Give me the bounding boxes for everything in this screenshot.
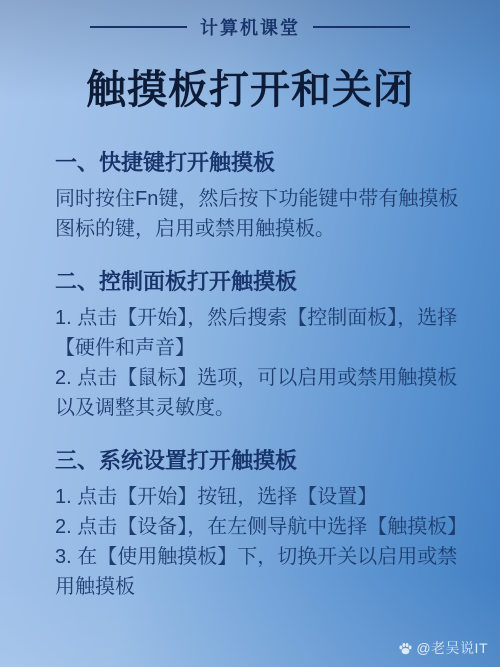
section-3-item-3: 3. 在【使用触摸板】下，切换开关以启用或禁用触摸板 — [55, 542, 464, 602]
section-3-item-1: 1. 点击【开始】按钮，选择【设置】 — [55, 482, 464, 512]
section-1-item-1: 同时按住Fn键，然后按下功能键中带有触摸板图标的键，启用或禁用触摸板。 — [55, 184, 464, 244]
section-3-heading: 三、系统设置打开触摸板 — [55, 446, 464, 476]
page-title: 触摸板打开和关闭 — [0, 65, 500, 115]
section-2-item-2: 2. 点击【鼠标】选项，可以启用或禁用触摸板以及调整其灵敏度。 — [55, 363, 464, 423]
watermark: @老吴说IT — [398, 638, 488, 658]
section-3-item-2: 2. 点击【设备】，在左侧导航中选择【触摸板】 — [55, 512, 464, 542]
section-control-panel: 二、控制面板打开触摸板 1. 点击【开始】，然后搜索【控制面板】，选择【硬件和声… — [55, 267, 464, 423]
section-2-heading: 二、控制面板打开触摸板 — [55, 267, 464, 297]
poster-background: 计算机课堂 触摸板打开和关闭 一、快捷键打开触摸板 同时按住Fn键，然后按下功能… — [0, 0, 500, 667]
content-column: 一、快捷键打开触摸板 同时按住Fn键，然后按下功能键中带有触摸板图标的键，启用或… — [0, 148, 500, 602]
paw-icon — [398, 641, 413, 656]
brand-rule-left — [90, 26, 187, 28]
section-1-heading: 一、快捷键打开触摸板 — [55, 148, 464, 178]
section-shortcut-key: 一、快捷键打开触摸板 同时按住Fn键，然后按下功能键中带有触摸板图标的键，启用或… — [55, 148, 464, 244]
section-2-item-1: 1. 点击【开始】，然后搜索【控制面板】，选择【硬件和声音】 — [55, 303, 464, 363]
brand-header: 计算机课堂 — [0, 0, 500, 40]
section-system-settings: 三、系统设置打开触摸板 1. 点击【开始】按钮，选择【设置】 2. 点击【设备】… — [55, 446, 464, 602]
brand-rule-right — [313, 26, 410, 28]
brand-label: 计算机课堂 — [200, 14, 300, 40]
watermark-text: @老吴说IT — [416, 638, 488, 658]
